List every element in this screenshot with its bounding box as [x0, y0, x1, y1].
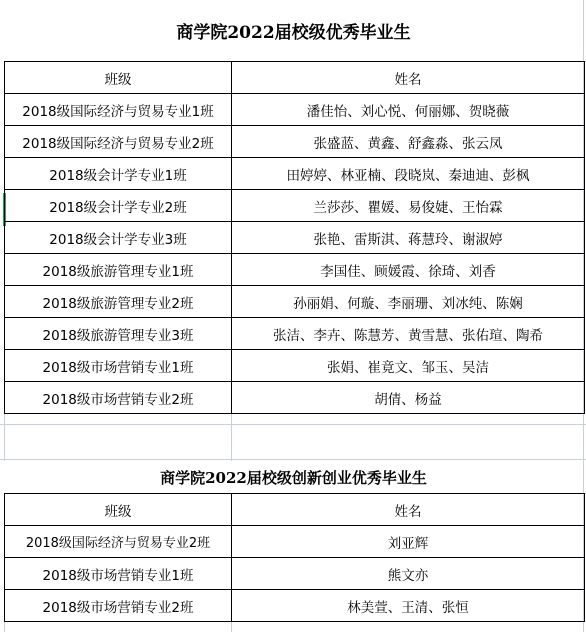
- cell-names[interactable]: 刘亚辉: [232, 526, 585, 558]
- cell-class[interactable]: 2018级会计学专业1班: [5, 158, 232, 190]
- cell-names[interactable]: 孙丽娟、何璇、李丽珊、刘冰纯、陈娴: [232, 286, 585, 318]
- table-row: 2018级国际经济与贸易专业2班 刘亚辉: [5, 526, 585, 558]
- table2: 班级 姓名 2018级国际经济与贸易专业2班 刘亚辉 2018级市场营销专业1班…: [4, 493, 585, 622]
- cell-class[interactable]: 2018级市场营销专业1班: [5, 558, 232, 590]
- cell-names[interactable]: 胡倩、杨益: [232, 382, 585, 414]
- cell-class[interactable]: 2018级市场营销专业1班: [5, 350, 232, 382]
- table-row: 2018级国际经济与贸易专业2班 张盛蓝、黄鑫、舒鑫淼、张云凤: [5, 126, 585, 158]
- cell-class[interactable]: 2018级国际经济与贸易专业2班: [5, 126, 232, 158]
- cell-names[interactable]: 张娟、崔竟文、邹玉、吴洁: [232, 350, 585, 382]
- table-row: 2018级会计学专业3班 张艳、雷斯淇、蒋慧玲、谢淑婷: [5, 222, 585, 254]
- header-class[interactable]: 班级: [5, 62, 232, 94]
- table2-title: 商学院2022届校级创新创业优秀毕业生: [4, 461, 583, 493]
- table-row: 2018级市场营销专业1班 熊文亦: [5, 558, 585, 590]
- cell-names[interactable]: 田婷婷、林亚楠、段晓岚、秦迪迪、彭枫: [232, 158, 585, 190]
- table1-title: 商学院2022届校级优秀毕业生: [4, 0, 583, 61]
- table1-header-row: 班级 姓名: [5, 62, 585, 94]
- header-names[interactable]: 姓名: [232, 494, 585, 526]
- cell-class[interactable]: 2018级市场营销专业2班: [5, 590, 232, 622]
- cell-names[interactable]: 张洁、李卉、陈慧芳、黄雪慧、张佑瑄、陶希: [232, 318, 585, 350]
- cell-class[interactable]: 2018级国际经济与贸易专业2班: [5, 526, 232, 558]
- table-row: 2018级国际经济与贸易专业1班 潘佳怡、刘心悦、何丽娜、贺晓薇: [5, 94, 585, 126]
- cell-names[interactable]: 李国佳、顾媛霞、徐琦、刘香: [232, 254, 585, 286]
- cell-class[interactable]: 2018级国际经济与贸易专业1班: [5, 94, 232, 126]
- cell-class[interactable]: 2018级旅游管理专业1班: [5, 254, 232, 286]
- table-row: 2018级市场营销专业2班 林美萱、王清、张恒: [5, 590, 585, 622]
- header-names[interactable]: 姓名: [232, 62, 585, 94]
- cell-class[interactable]: 2018级会计学专业3班: [5, 222, 232, 254]
- table-row: 2018级市场营销专业2班 胡倩、杨益: [5, 382, 585, 414]
- table-row: 2018级市场营销专业1班 张娟、崔竟文、邹玉、吴洁: [5, 350, 585, 382]
- table-row: 2018级旅游管理专业2班 孙丽娟、何璇、李丽珊、刘冰纯、陈娴: [5, 286, 585, 318]
- table-row: 2018级会计学专业2班 兰莎莎、瞿媛、易俊婕、王怡霖: [5, 190, 585, 222]
- cell-names[interactable]: 潘佳怡、刘心悦、何丽娜、贺晓薇: [232, 94, 585, 126]
- header-class[interactable]: 班级: [5, 494, 232, 526]
- table-row: 2018级旅游管理专业1班 李国佳、顾媛霞、徐琦、刘香: [5, 254, 585, 286]
- cell-names[interactable]: 张盛蓝、黄鑫、舒鑫淼、张云凤: [232, 126, 585, 158]
- cell-class[interactable]: 2018级旅游管理专业2班: [5, 286, 232, 318]
- cell-class[interactable]: 2018级旅游管理专业3班: [5, 318, 232, 350]
- table-row: 2018级旅游管理专业3班 张洁、李卉、陈慧芳、黄雪慧、张佑瑄、陶希: [5, 318, 585, 350]
- cell-class[interactable]: 2018级会计学专业2班: [5, 190, 232, 222]
- cell-names[interactable]: 林美萱、王清、张恒: [232, 590, 585, 622]
- cell-class[interactable]: 2018级市场营销专业2班: [5, 382, 232, 414]
- gridline-empty-row-top: [0, 424, 586, 425]
- cell-names[interactable]: 熊文亦: [232, 558, 585, 590]
- cell-names[interactable]: 兰莎莎、瞿媛、易俊婕、王怡霖: [232, 190, 585, 222]
- gridline-empty-row-bottom: [0, 459, 586, 460]
- table1: 班级 姓名 2018级国际经济与贸易专业1班 潘佳怡、刘心悦、何丽娜、贺晓薇 2…: [4, 61, 585, 414]
- cell-names[interactable]: 张艳、雷斯淇、蒋慧玲、谢淑婷: [232, 222, 585, 254]
- table-row: 2018级会计学专业1班 田婷婷、林亚楠、段晓岚、秦迪迪、彭枫: [5, 158, 585, 190]
- table2-header-row: 班级 姓名: [5, 494, 585, 526]
